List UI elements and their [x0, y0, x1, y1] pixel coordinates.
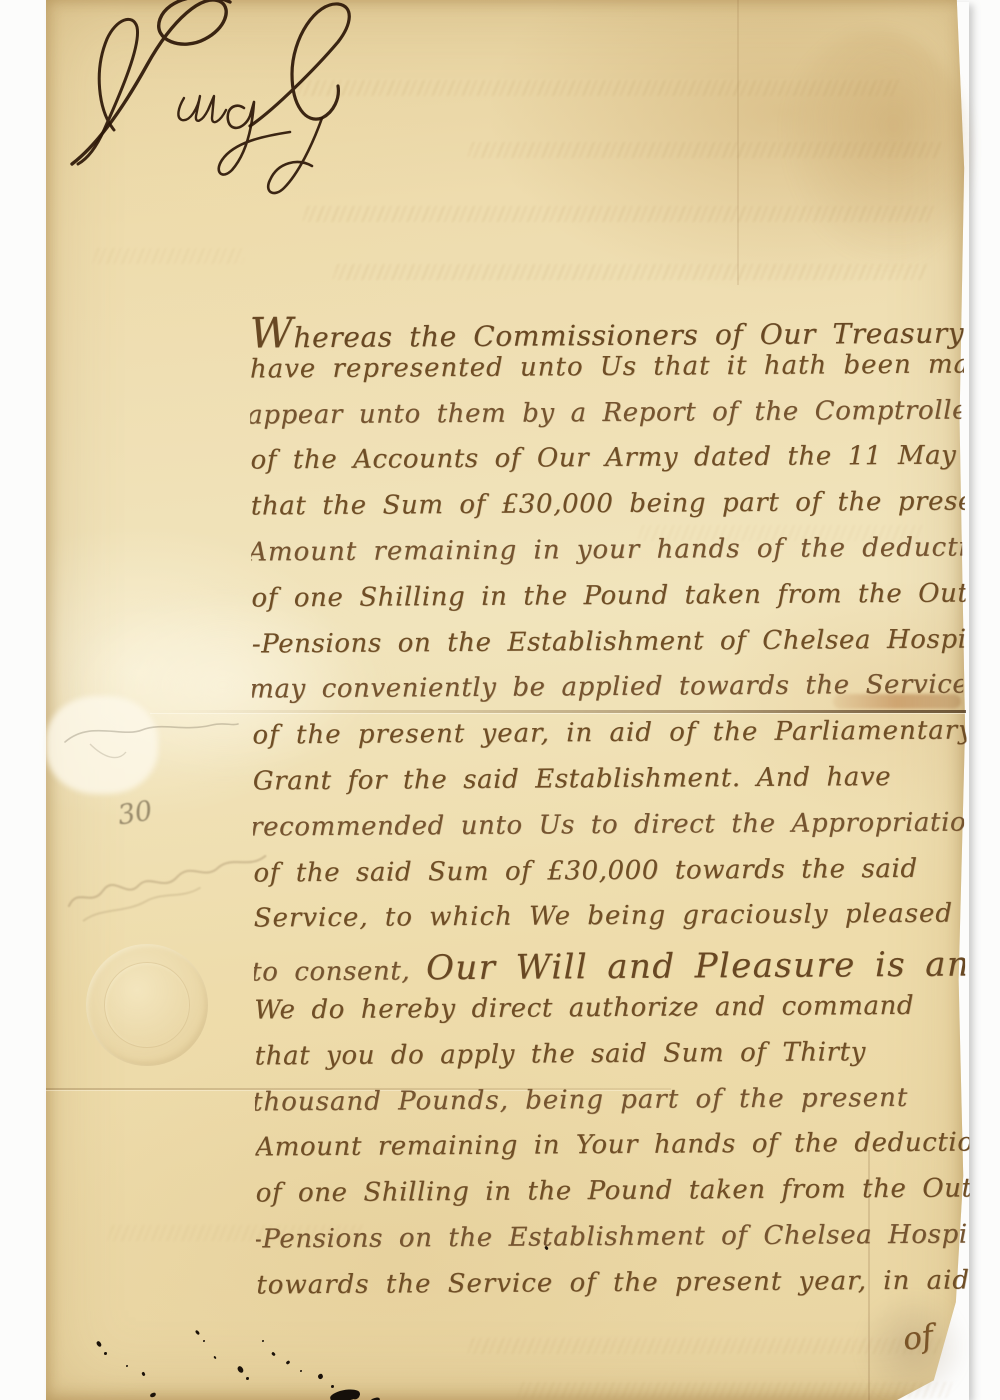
manuscript-line: that the Sum of £30,000 being part of th… [251, 487, 965, 538]
manuscript-line: to consent, Our Will and Pleasure is and [251, 945, 965, 996]
signature-flourish-icon [52, 0, 362, 213]
manuscript-line: recommended unto Us to direct the Approp… [250, 807, 964, 858]
george-r-signature: George R [52, 0, 362, 213]
manuscript-line: -Pensions on the Establishment of Chelse… [252, 624, 966, 675]
manuscript-line: Amount remaining in Your hands of the de… [255, 1128, 969, 1179]
manuscript-line: may conveniently be applied towards the … [249, 670, 963, 721]
manuscript-line: that you do apply the said Sum of Thirty [255, 1036, 969, 1087]
body-text: Whereas the Commissioners of Our Treasur… [249, 304, 970, 1321]
bleedthrough-ghost [297, 80, 902, 96]
bleedthrough-ghost [92, 248, 247, 264]
scan-background: 30 George R Whereas the Commissioners of… [0, 0, 1000, 1400]
manuscript-line: thousand Pounds, being part of the prese… [252, 1082, 966, 1133]
bleedthrough-ghost [517, 1382, 952, 1398]
manuscript-line: towards the Service of the present year,… [256, 1265, 970, 1316]
faint-pencil-squiggle [60, 700, 245, 765]
manuscript-line: Service, to which We being graciously pl… [254, 899, 968, 950]
manuscript-line: appear unto them by a Report of the Comp… [249, 395, 961, 446]
manuscript-line: We do hereby direct authorize and comman… [254, 990, 968, 1041]
manuscript-line: -Pensions on the Establishment of Chelse… [253, 1219, 967, 1270]
manuscript-line: of the Accounts of Our Army dated the 11… [250, 441, 964, 492]
manuscript-line: Amount remaining in your hands of the de… [249, 533, 962, 584]
bleedthrough-ghost [332, 264, 927, 280]
manuscript-line: of one Shilling in the Pound taken from … [251, 578, 965, 629]
embossed-seal [86, 944, 208, 1066]
bleedthrough-ghost [302, 206, 937, 222]
manuscript-line: have represented unto Us that it hath be… [250, 349, 964, 400]
manuscript-line: of the present year, in aid of the Parli… [252, 716, 966, 767]
bleedthrough-ghost [467, 1338, 942, 1354]
manuscript-line: Whereas the Commissioners of Our Treasur… [249, 304, 963, 355]
manuscript-line: of one Shilling in the Pound taken from … [256, 1174, 970, 1225]
manuscript-line: Grant for the said Establishment. And ha… [253, 761, 967, 812]
bleedthrough-ghost [467, 142, 942, 158]
manuscript-line: of the said Sum of £30,000 towards the s… [253, 853, 967, 904]
margin-annotation-30: 30 [116, 796, 155, 832]
catchword: of [901, 1318, 936, 1358]
